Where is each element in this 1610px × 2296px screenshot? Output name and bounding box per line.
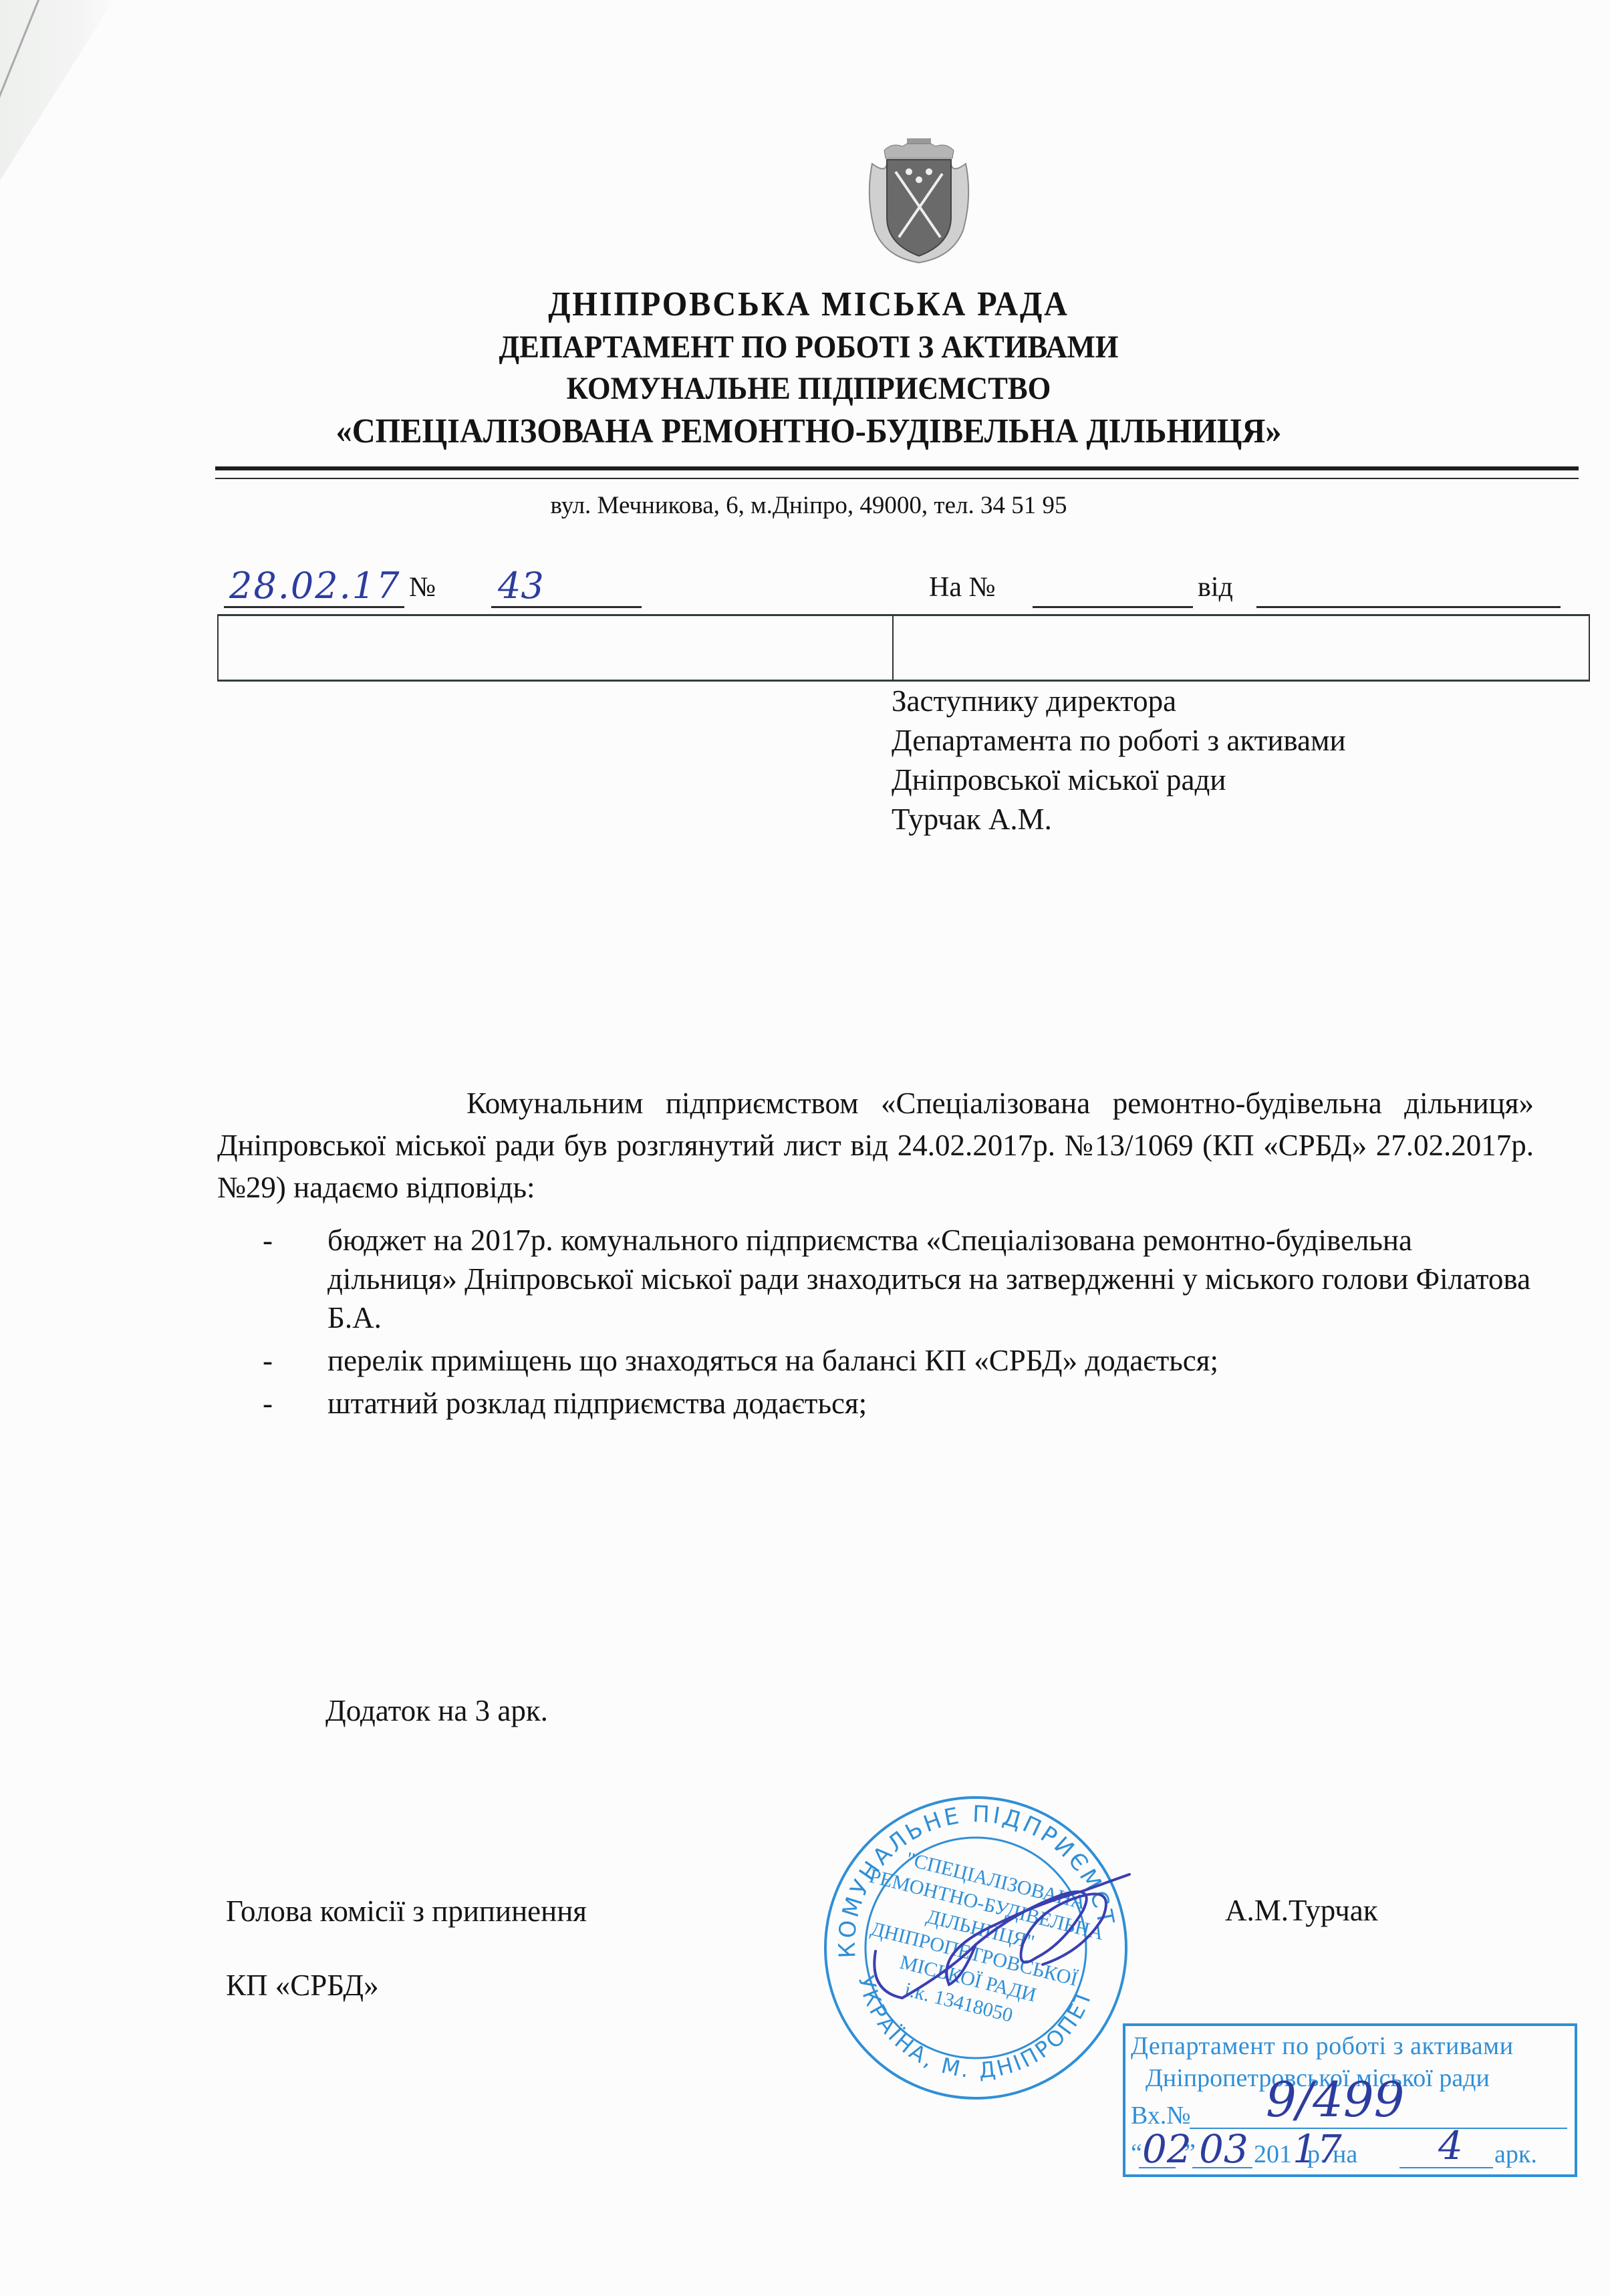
header-rule-thick [215, 466, 1579, 470]
incoming-number: 9/499 [1266, 2071, 1405, 2128]
list-item: - перелік приміщень що знаходяться на ба… [217, 1341, 1534, 1380]
list-item-text: бюджет на 2017р. комунального підприємст… [327, 1224, 1530, 1334]
body-paragraph: Комунальним підприємством «Спеціалізован… [217, 1083, 1534, 1209]
stamp-quote-open: “ [1131, 2138, 1142, 2168]
date-underline [224, 606, 404, 608]
stamp-pages-label: арк. [1494, 2140, 1537, 2169]
outgoing-date: 28.02.17 [229, 565, 400, 607]
reply-number-blank [1033, 606, 1193, 608]
stamp-department-line: Департамент по роботі з активами [1131, 2031, 1514, 2061]
reference-box-divider [892, 614, 894, 681]
stamp-year-prefix: 201 [1254, 2140, 1292, 2169]
incoming-registration-stamp: Департамент по роботі з активами Дніпроп… [1123, 2023, 1577, 2177]
list-item: - штатний розклад підприємства додається… [217, 1384, 1534, 1423]
addressee-block: Заступнику директора Департамента по роб… [892, 682, 1346, 839]
letter-body: Комунальним підприємством «Спеціалізован… [217, 1083, 1534, 1427]
reply-from-label: від [1198, 571, 1233, 603]
reply-from-blank [1256, 606, 1561, 608]
signatory-title: Голова комісії з припинення [226, 1893, 587, 1929]
response-list: - бюджет на 2017р. комунального підприєм… [217, 1221, 1534, 1423]
letter-page: ДНІПРОВСЬКА МІСЬКА РАДА ДЕПАРТАМЕНТ ПО Р… [0, 0, 1610, 2296]
addressee-line: Департамента по роботі з активами [892, 721, 1346, 760]
signatory-organization: КП «СРБД» [226, 1968, 379, 2003]
list-item-text: перелік приміщень що знаходяться на бала… [327, 1344, 1218, 1377]
addressee-name: Турчак А.М. [892, 800, 1346, 839]
bullet-dash: - [263, 1384, 273, 1423]
addressee-line: Дніпровської міської ради [892, 760, 1346, 800]
incoming-month: 03 [1199, 2126, 1248, 2172]
header-rule-thin [215, 478, 1579, 479]
reference-box [217, 614, 1590, 682]
incoming-day: 02 [1142, 2126, 1192, 2172]
incoming-year: 17 [1293, 2126, 1342, 2172]
outgoing-number-label: № [409, 571, 436, 603]
addressee-line: Заступнику директора [892, 682, 1346, 721]
enterprise-type: КОМУНАЛЬНЕ ПІДПРИЄМСТВО [255, 373, 1361, 405]
signatory-name: А.М.Турчак [1225, 1893, 1378, 1928]
enterprise-name: «СПЕЦІАЛІЗОВАНА РЕМОНТНО-БУДІВЕЛЬНА ДІЛЬ… [255, 414, 1361, 449]
handwritten-signature-icon [862, 1871, 1143, 2005]
council-name: ДНІПРОВСЬКА МІСЬКА РАДА [255, 287, 1361, 322]
list-item-text: штатний розклад підприємства додається; [327, 1387, 867, 1420]
letterhead-address: вул. Мечникова, 6, м.Дніпро, 49000, тел.… [214, 491, 1403, 520]
number-underline [491, 606, 642, 608]
bullet-dash: - [263, 1221, 273, 1260]
incoming-pages: 4 [1438, 2123, 1463, 2168]
reply-number-label: На № [929, 571, 996, 603]
appendix-note: Додаток на 3 арк. [325, 1693, 548, 1728]
dnipro-coat-of-arms-icon [865, 137, 972, 264]
letterhead: ДНІПРОВСЬКА МІСЬКА РАДА ДЕПАРТАМЕНТ ПО Р… [214, 287, 1403, 449]
list-item: - бюджет на 2017р. комунального підприєм… [217, 1221, 1534, 1337]
bullet-dash: - [263, 1341, 273, 1380]
reference-row: 28.02.17 № 43 На № від [217, 565, 1581, 618]
outgoing-number: 43 [498, 565, 544, 607]
department-name: ДЕПАРТАМЕНТ ПО РОБОТІ З АКТИВАМИ [255, 331, 1361, 364]
